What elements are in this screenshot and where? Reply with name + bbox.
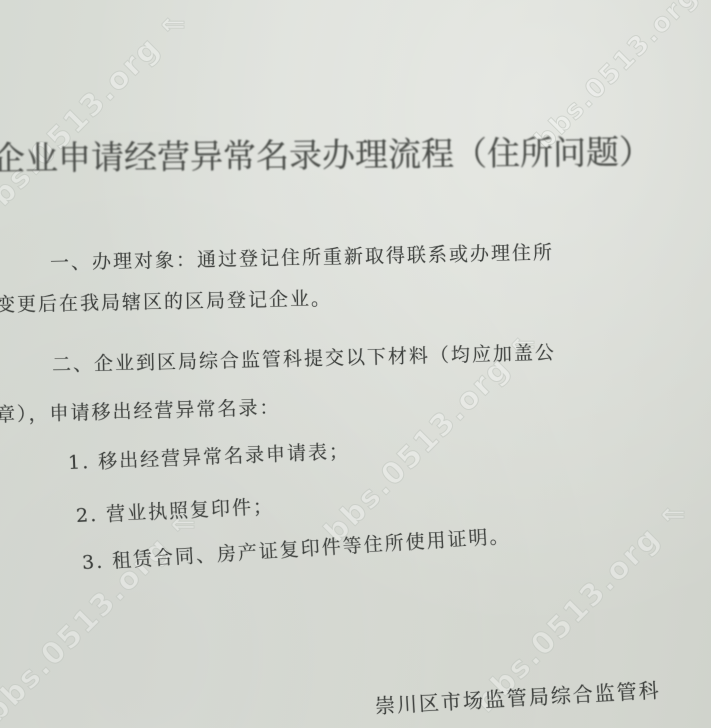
watermark: bbs.0513.org ⇖: [0, 502, 206, 728]
section-1-line-2: 变更后在我局辖区的区局登记企业。: [0, 284, 332, 317]
watermark: bbs.0513.org ⇖: [0, 2, 196, 230]
document-page: bbs.0513.org ⇖ bbs.0513.org ⇖ bbs.0513.o…: [0, 0, 711, 728]
document-title: 企业申请经营异常名录办理流程（住所问题）: [0, 126, 652, 180]
material-item-2: 2. 营业执照复印件；: [75, 491, 274, 528]
material-item-3: 3. 租赁合同、房产证复印件等住所使用证明。: [81, 521, 511, 575]
material-item-1: 1. 移出经营异常名录申请表；: [67, 436, 350, 475]
section-1-line-1: 一、办理对象：通过登记住所重新取得联系或办理住所: [50, 237, 554, 275]
section-2-line-2: 章），申请移出经营异常名录：: [0, 393, 281, 427]
